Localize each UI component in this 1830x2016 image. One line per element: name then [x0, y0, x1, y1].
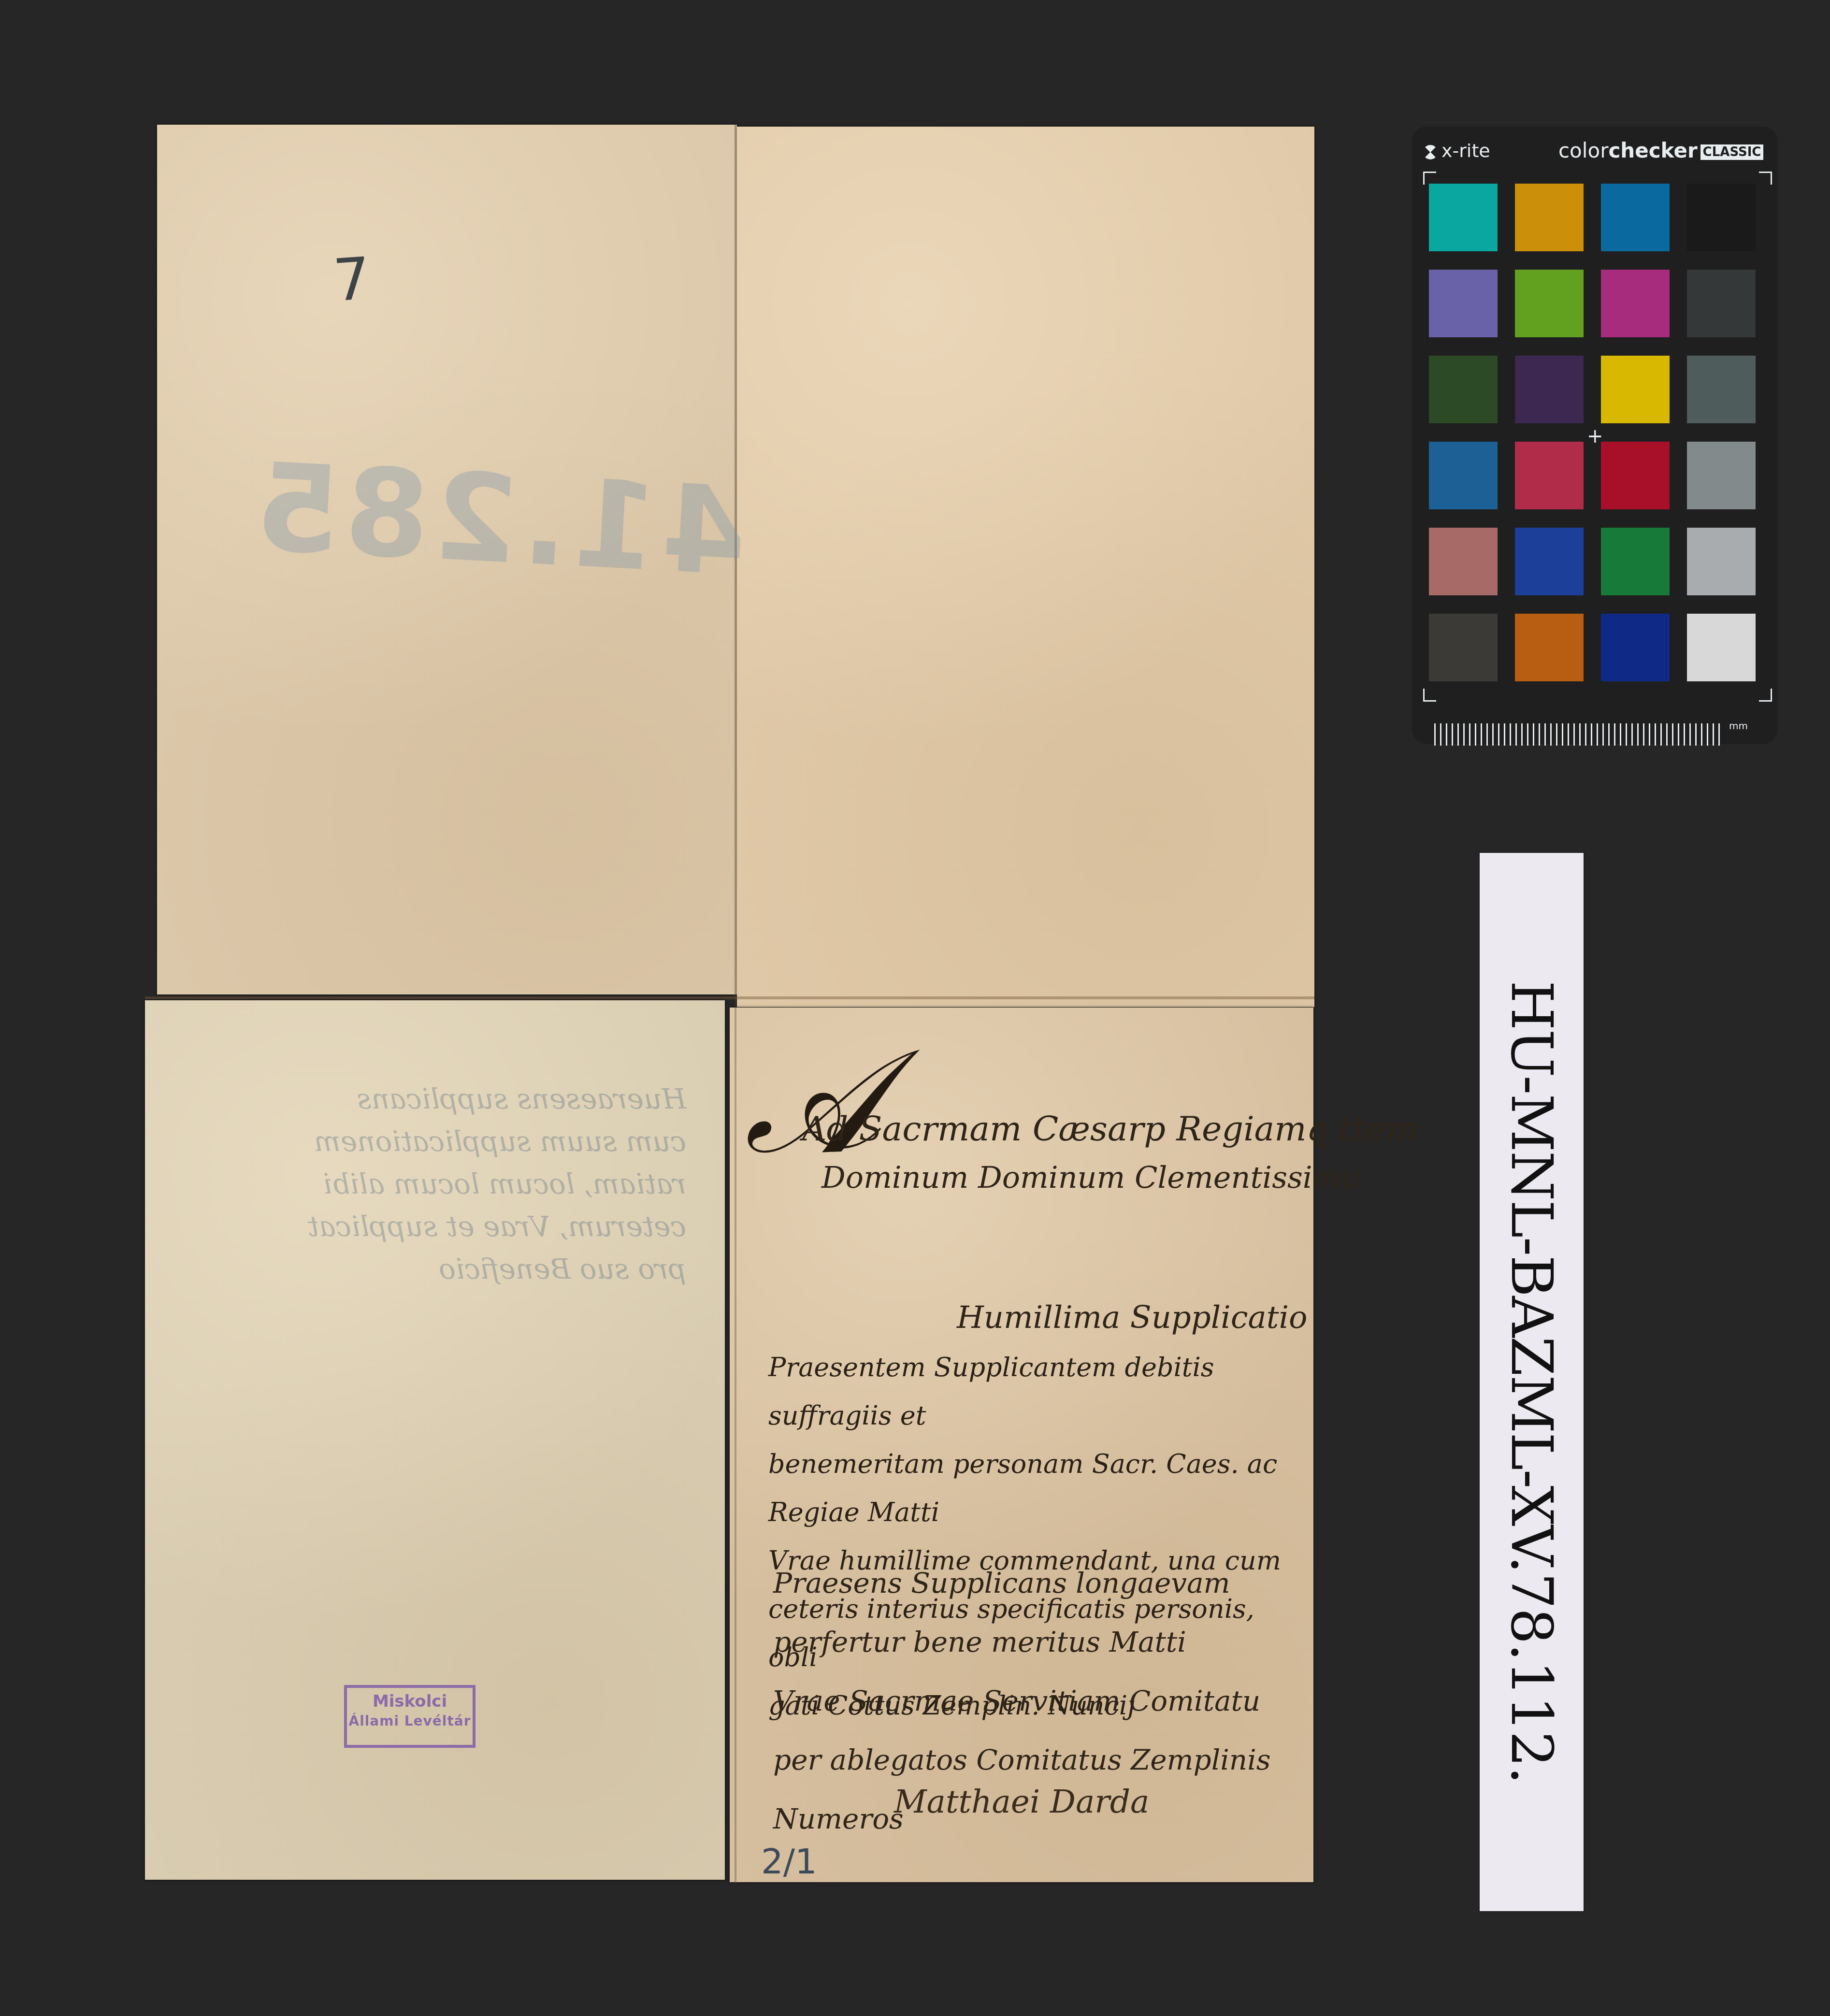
vertical-fold-line	[735, 125, 736, 1884]
color-patch	[1429, 270, 1498, 337]
color-patch	[1429, 356, 1498, 423]
color-patch	[1515, 184, 1584, 251]
color-patch	[1515, 614, 1584, 681]
colorchecker-title-light: color	[1558, 139, 1608, 162]
color-patch	[1687, 614, 1756, 681]
color-patch	[1429, 184, 1498, 251]
colorchecker-title-bold: checker	[1608, 139, 1697, 162]
color-patch	[1515, 528, 1584, 595]
registration-corner-bl	[1423, 689, 1436, 702]
color-patch	[1601, 270, 1670, 337]
color-patch	[1515, 442, 1584, 509]
paragraph-1-line: Praesentem Supplicantem debitis suffragi…	[768, 1343, 1305, 1440]
registration-corner-tl	[1423, 172, 1436, 185]
document-title: Humillima Supplicatio	[957, 1300, 1307, 1336]
archive-stamp: Miskolci Állami Levéltár	[344, 1685, 476, 1748]
color-patch	[1515, 270, 1584, 337]
color-patch	[1429, 614, 1498, 681]
color-patch	[1687, 356, 1756, 423]
paragraph-2-line: perfertur bene meritus Matti	[773, 1613, 1310, 1671]
color-patch	[1429, 442, 1498, 509]
color-patch	[1601, 442, 1670, 509]
archive-reference-text: HU-MNL-BAZML-XV.78.112.	[1499, 980, 1565, 1784]
color-patch	[1687, 442, 1756, 509]
crosshair-icon: +	[1587, 425, 1603, 447]
stamp-line-1: Miskolci	[347, 1692, 473, 1711]
color-patch	[1601, 356, 1670, 423]
registration-corner-br	[1759, 689, 1772, 702]
horizontal-fold-line	[145, 996, 1314, 999]
paragraph-1-line: benemeritam personam Sacr. Caes. ac Regi…	[768, 1440, 1305, 1537]
ruler-unit-label: mm	[1729, 720, 1748, 732]
color-patch	[1429, 528, 1498, 595]
color-patch	[1687, 184, 1756, 251]
archive-reference-label: HU-MNL-BAZML-XV.78.112.	[1480, 853, 1584, 1911]
decorative-capital-A: 𝒜	[744, 1029, 881, 1174]
color-patch	[1601, 614, 1670, 681]
mm-ruler	[1434, 723, 1722, 746]
paragraph-2-line: Praesens Supplicans longaevam	[773, 1554, 1310, 1613]
bleedthrough-text: Hueraesens supplicans cum suum supplicat…	[193, 1078, 686, 1290]
pencil-page-number: 7	[331, 245, 373, 315]
faded-bleedthrough-number: 41.285	[248, 436, 750, 603]
color-patch	[1687, 270, 1756, 337]
xrite-logo: x-rite	[1423, 140, 1490, 161]
colorchecker-title: colorcheckerCLASSIC	[1558, 139, 1763, 162]
paragraph-2-line: Vrae Sacrmae Servitiam Comitatu	[773, 1671, 1310, 1730]
registration-corner-tr	[1759, 172, 1772, 185]
color-patch	[1601, 528, 1670, 595]
page-top-right	[737, 127, 1314, 1007]
color-patch	[1687, 528, 1756, 595]
color-patch	[1515, 356, 1584, 423]
folio-number: 2/1	[761, 1841, 817, 1882]
address-line-2: Dominum Dominum Clementissimu	[821, 1160, 1360, 1195]
address-line-1: Ad Sacrmam Cæsarp Regiamq ttem	[802, 1109, 1418, 1149]
color-patch	[1601, 184, 1670, 251]
paragraph-2-line: per ablegatos Comitatus Zemplinis	[773, 1730, 1310, 1789]
stamp-line-2: Állami Levéltár	[347, 1713, 473, 1729]
xrite-brand: x-rite	[1441, 140, 1490, 161]
signature: Matthaei Darda	[894, 1783, 1149, 1820]
xrite-logo-icon	[1423, 145, 1438, 159]
classic-badge: CLASSIC	[1700, 144, 1764, 160]
